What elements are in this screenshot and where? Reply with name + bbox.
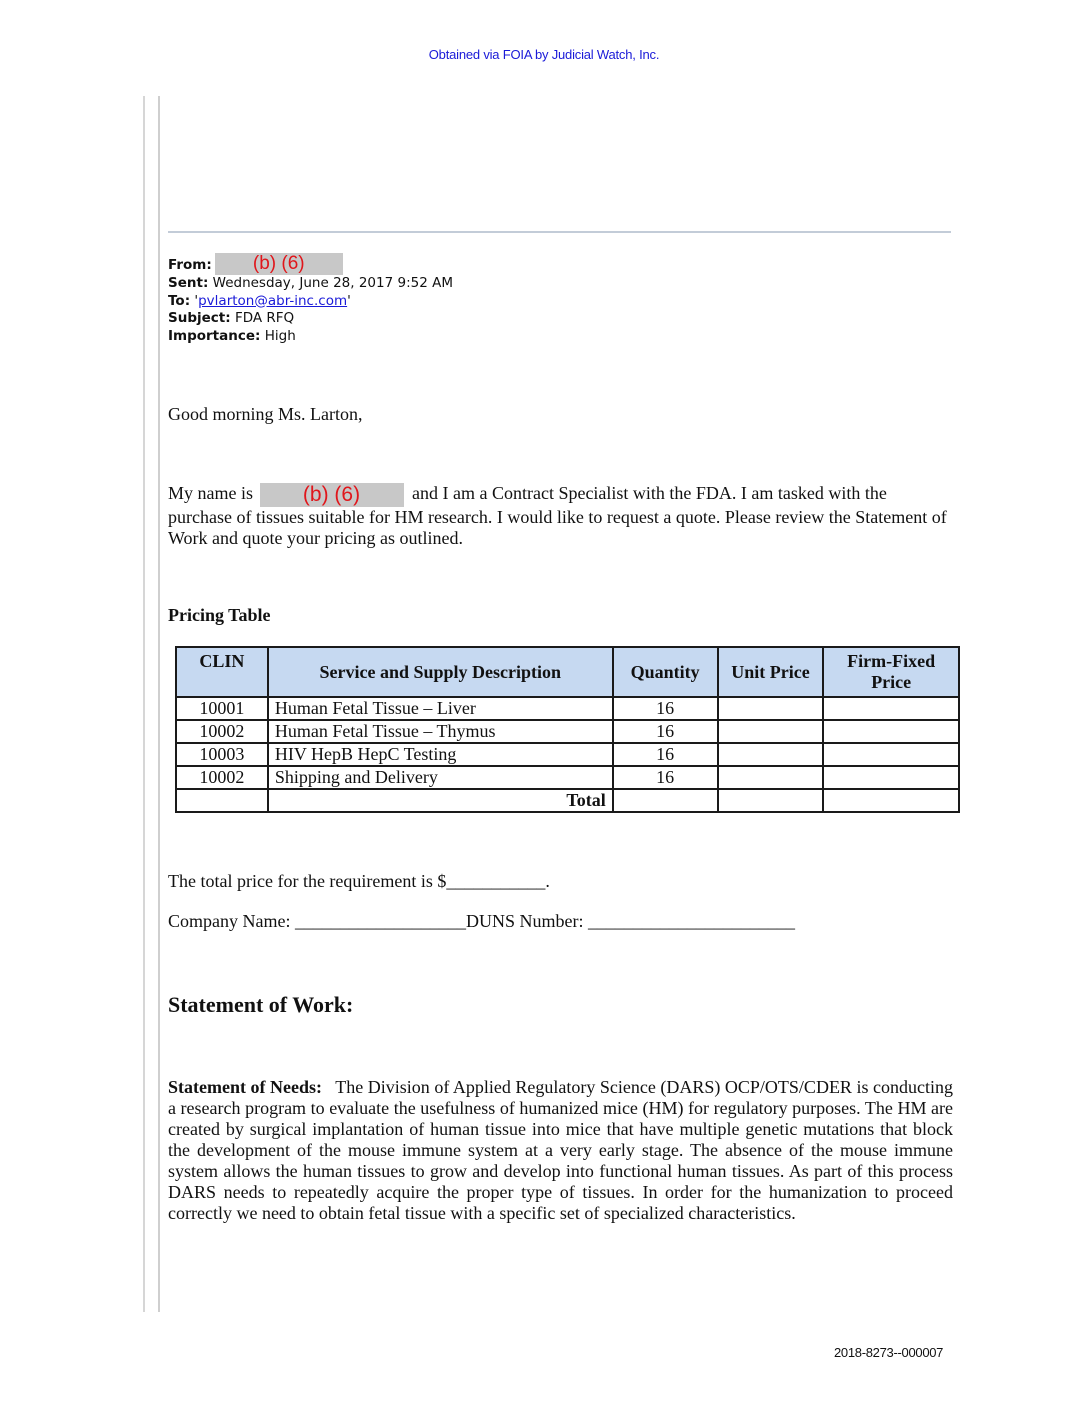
clin-cell: 10001 <box>176 697 268 720</box>
firm-fixed-price-cell <box>823 743 959 766</box>
quantity-cell: 16 <box>613 697 718 720</box>
sent-value: Wednesday, June 28, 2017 9:52 AM <box>213 275 453 291</box>
from-label: From: <box>168 257 212 273</box>
subject-label: Subject: <box>168 310 231 326</box>
total-unit-price-cell <box>718 789 824 812</box>
total-label: Total <box>268 789 613 812</box>
needs-label: Statement of Needs: <box>168 1077 322 1097</box>
importance-row: Importance: High <box>168 328 453 346</box>
firm-fixed-price-cell <box>823 766 959 789</box>
greeting: Good morning Ms. Larton, <box>168 404 953 425</box>
quote-bar-inner <box>158 96 160 1312</box>
unit-price-cell <box>718 697 824 720</box>
subject-row: Subject: FDA RFQ <box>168 310 453 328</box>
statement-of-work-title: Statement of Work: <box>168 992 353 1018</box>
sent-row: Sent: Wednesday, June 28, 2017 9:52 AM <box>168 275 453 293</box>
table-row: 10002Human Fetal Tissue – Thymus16 <box>176 720 959 743</box>
email-header: From:(b) (6) Sent: Wednesday, June 28, 2… <box>168 257 453 345</box>
foia-watermark: Obtained via FOIA by Judicial Watch, Inc… <box>0 47 1088 62</box>
clin-cell: 10002 <box>176 720 268 743</box>
total-quantity-cell <box>613 789 718 812</box>
subject-value: FDA RFQ <box>235 310 294 326</box>
table-row: 10002Shipping and Delivery16 <box>176 766 959 789</box>
column-header: Firm-Fixed Price <box>823 647 959 697</box>
total-row: Total <box>176 789 959 812</box>
company-duns-line: Company Name: ___________________DUNS Nu… <box>168 911 953 932</box>
table-row: 10003HIV HepB HepC Testing16 <box>176 743 959 766</box>
bates-number: 2018-8273--000007 <box>834 1345 943 1360</box>
importance-value: High <box>265 328 296 344</box>
description-cell: Human Fetal Tissue – Liver <box>268 697 613 720</box>
email-separator <box>168 231 951 233</box>
from-row: From:(b) (6) <box>168 257 453 275</box>
clin-cell: 10003 <box>176 743 268 766</box>
table-row: 10001Human Fetal Tissue – Liver16 <box>176 697 959 720</box>
clin-cell: 10002 <box>176 766 268 789</box>
description-cell: Human Fetal Tissue – Thymus <box>268 720 613 743</box>
total-clin-cell <box>176 789 268 812</box>
quote-mark: ' <box>347 293 351 309</box>
total-price-line: The total price for the requirement is $… <box>168 871 953 892</box>
to-email-link[interactable]: pvlarton@abr-inc.com <box>198 293 347 309</box>
sent-label: Sent: <box>168 275 208 291</box>
importance-label: Importance: <box>168 328 260 344</box>
to-row: To: 'pvlarton@abr-inc.com' <box>168 293 453 311</box>
unit-price-cell <box>718 766 824 789</box>
column-header: Unit Price <box>718 647 824 697</box>
column-header: Quantity <box>613 647 718 697</box>
intro-prefix: My name is <box>168 483 253 503</box>
unit-price-cell <box>718 720 824 743</box>
firm-fixed-price-cell <box>823 697 959 720</box>
redaction-box: (b) (6) <box>260 483 404 507</box>
table-header-row: CLIN Service and Supply Description Quan… <box>176 647 959 697</box>
needs-text: The Division of Applied Regulatory Scien… <box>168 1077 953 1223</box>
description-cell: HIV HepB HepC Testing <box>268 743 613 766</box>
firm-fixed-price-cell <box>823 720 959 743</box>
quantity-cell: 16 <box>613 743 718 766</box>
to-label: To: <box>168 293 190 309</box>
description-cell: Shipping and Delivery <box>268 766 613 789</box>
quantity-cell: 16 <box>613 766 718 789</box>
column-header: CLIN <box>176 647 268 697</box>
unit-price-cell <box>718 743 824 766</box>
statement-of-needs: Statement of Needs: The Division of Appl… <box>168 1077 953 1224</box>
redaction-box: (b) (6) <box>215 253 343 275</box>
total-firm-fixed-price-cell <box>823 789 959 812</box>
quote-bar-outer <box>143 96 145 1312</box>
pricing-table: CLIN Service and Supply Description Quan… <box>175 646 960 813</box>
column-header: Service and Supply Description <box>268 647 613 697</box>
quantity-cell: 16 <box>613 720 718 743</box>
intro-paragraph: My name is (b) (6) and I am a Contract S… <box>168 483 953 549</box>
pricing-table-title: Pricing Table <box>168 605 953 626</box>
